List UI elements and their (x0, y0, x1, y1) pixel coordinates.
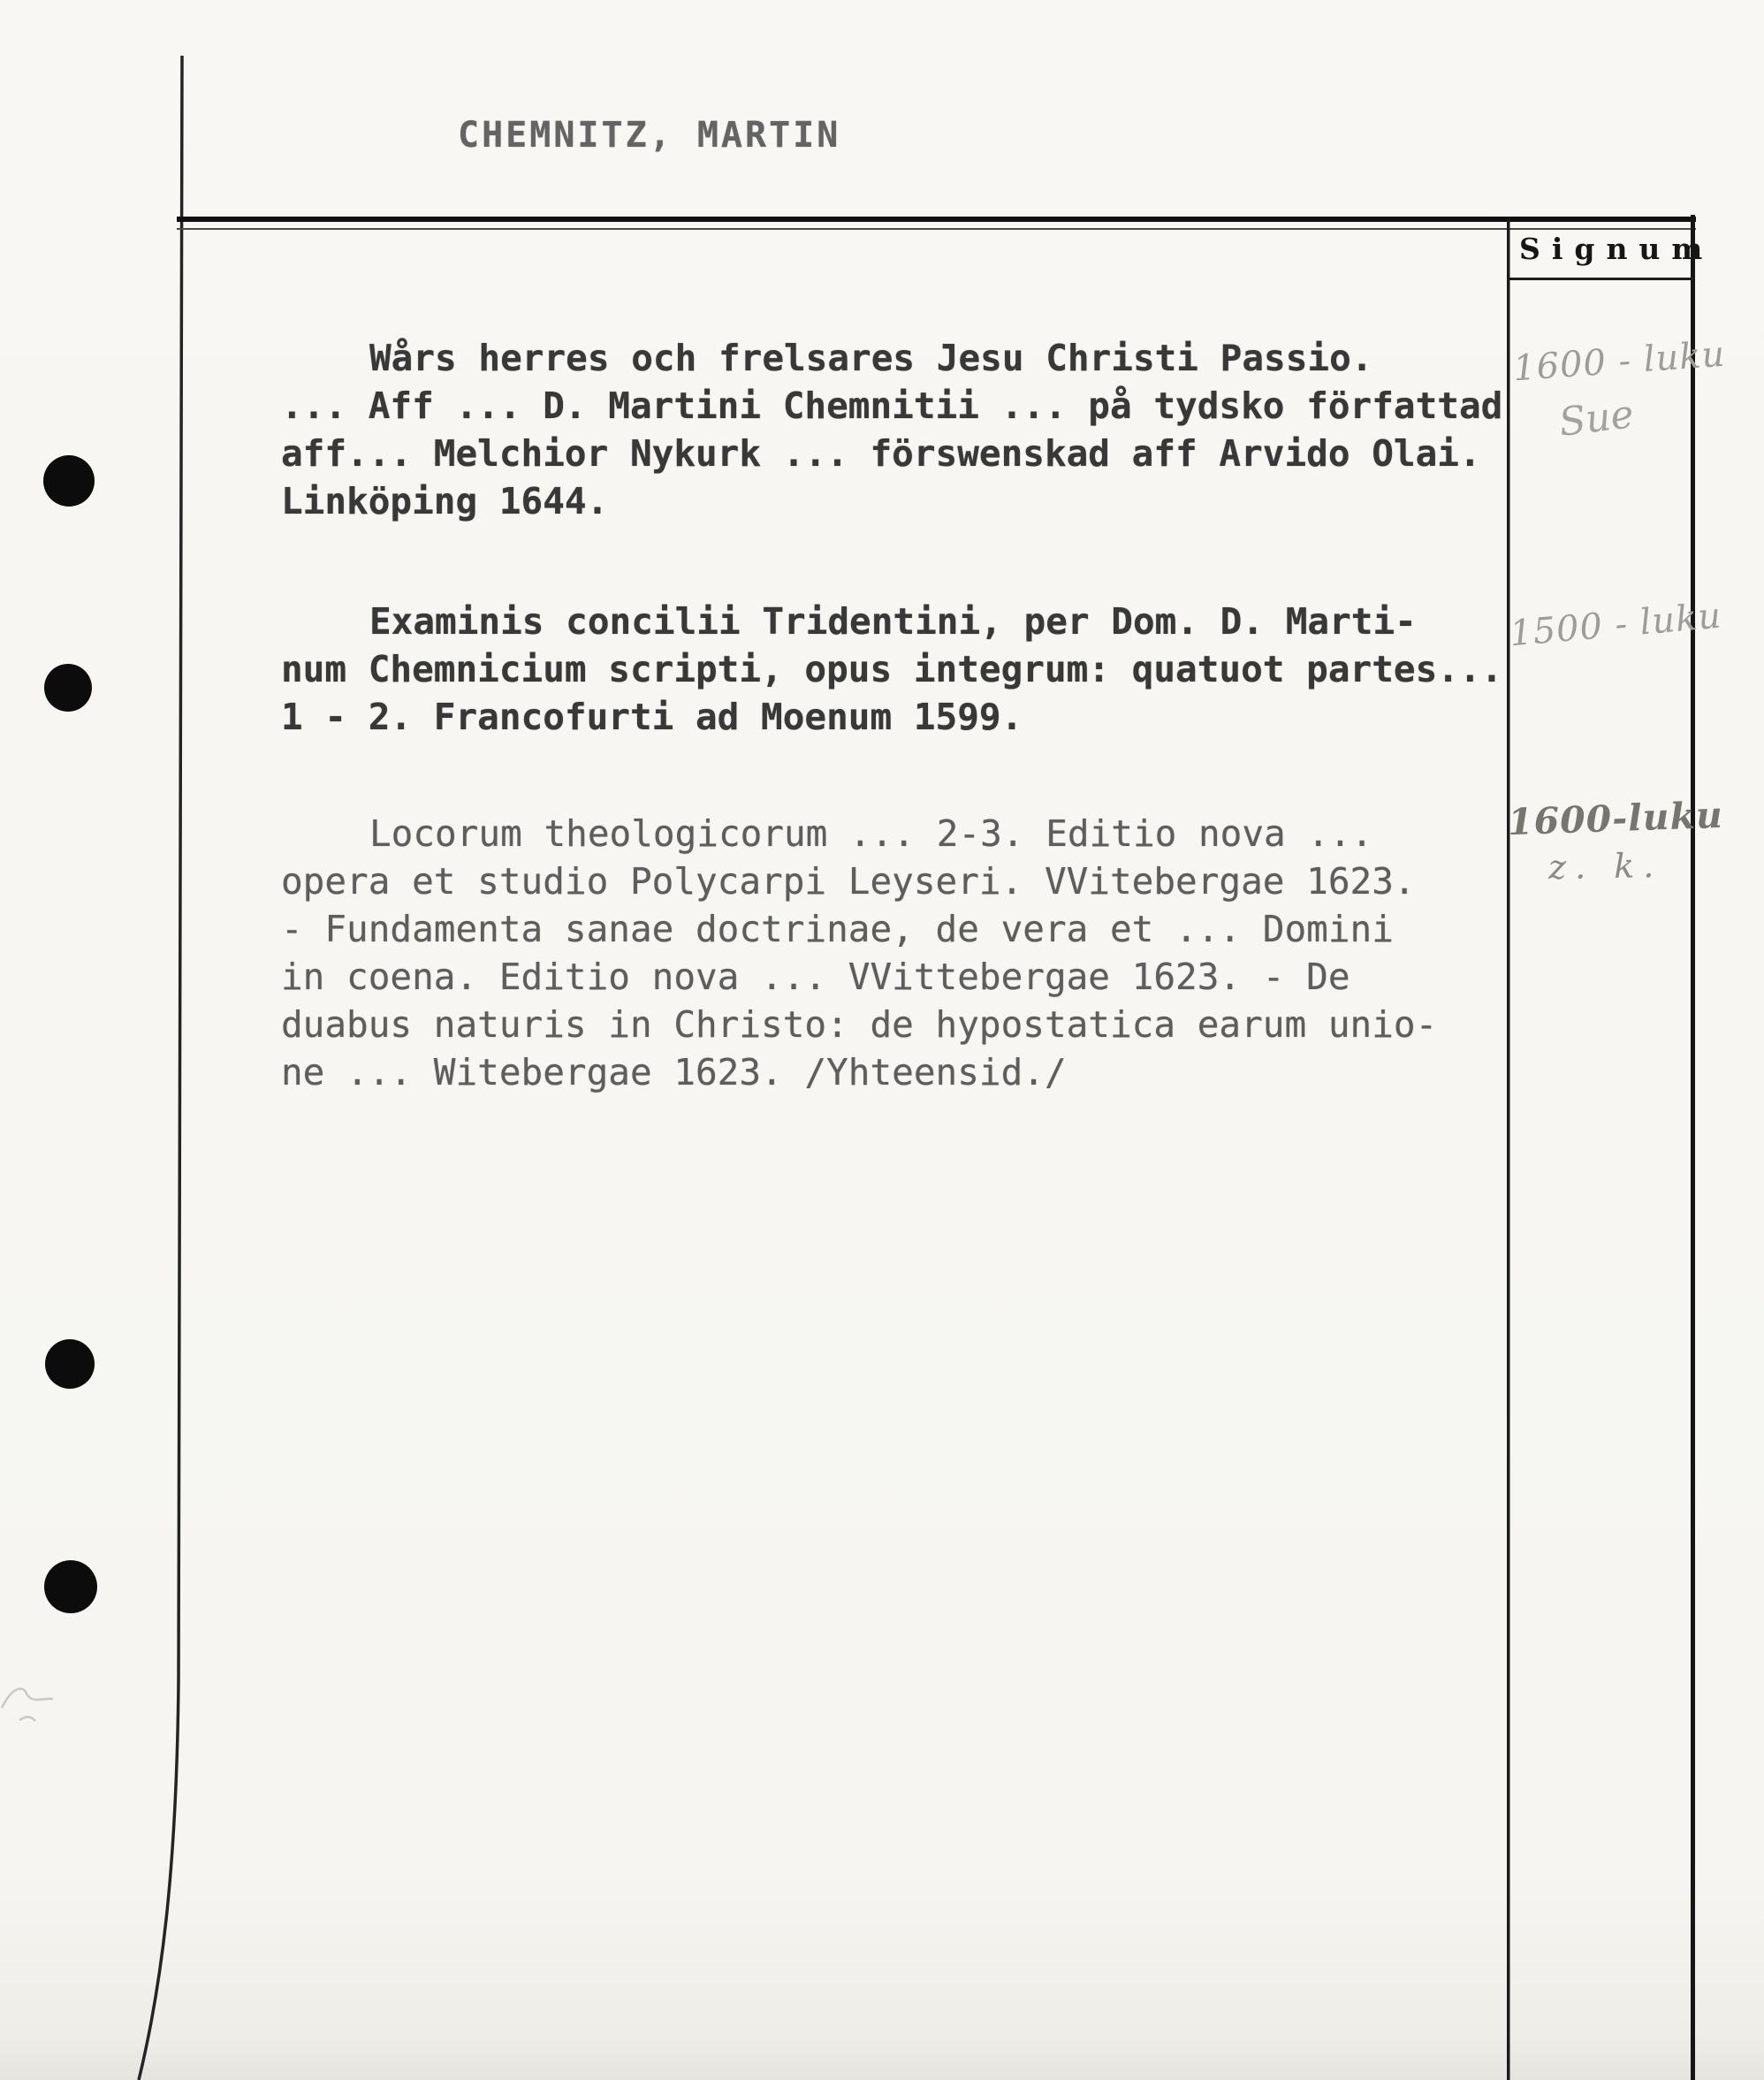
catalog-entry-line: aff... Melchior Nykurk ... förswenskad a… (281, 430, 1536, 477)
catalog-entry-line: ... Aff ... D. Martini Chemnitii ... på … (281, 382, 1536, 430)
catalog-card-page: CHEMNITZ, MARTIN Signum Wårs herres och … (0, 0, 1764, 2080)
catalog-entry-line: Linköping 1644. (281, 477, 1536, 525)
catalog-entry: Examinis concilii Tridentini, per Dom. D… (281, 598, 1536, 741)
punch-hole (43, 455, 95, 507)
catalog-entry-line: num Chemnicium scripti, opus integrum: q… (281, 645, 1536, 693)
catalog-entry: Wårs herres och frelsares Jesu Christi P… (281, 334, 1536, 525)
catalog-entry-line: ne ... Witebergae 1623. /Yhteensid./ (281, 1048, 1536, 1096)
catalog-entry-line: Wårs herres och frelsares Jesu Christi P… (281, 334, 1536, 382)
catalog-entry-line: - Fundamenta sanae doctrinae, de vera et… (281, 905, 1536, 953)
pencil-smudge (2, 1688, 53, 1721)
punch-hole (45, 1339, 95, 1389)
catalog-entry-line: duabus naturis in Christo: de hypostatic… (281, 1001, 1536, 1048)
handwritten-signum: 1600-luku (1507, 794, 1723, 843)
table-right-border (1691, 215, 1695, 2080)
table-top-rule-thick (177, 217, 1696, 222)
table-top-rule-thin (177, 228, 1696, 230)
catalog-entry-line: Locorum theologicorum ... 2-3. Editio no… (281, 810, 1536, 857)
punch-hole (44, 1560, 97, 1613)
handwritten-signum: Sue (1556, 392, 1636, 446)
page-title: CHEMNITZ, MARTIN (458, 115, 840, 156)
catalog-entry-line: in coena. Editio nova ... VVittebergae 1… (281, 953, 1536, 1001)
catalog-entry-line: 1 - 2. Francofurti ad Moenum 1599. (281, 693, 1536, 741)
catalog-entry: Locorum theologicorum ... 2-3. Editio no… (281, 810, 1536, 1096)
signum-header-underline (1508, 278, 1694, 280)
catalog-entry-line: opera et studio Polycarpi Leyseri. VVite… (281, 857, 1536, 905)
signum-column-header: Signum (1508, 232, 1693, 266)
left-margin-rule (139, 56, 182, 2080)
catalog-entry-line: Examinis concilii Tridentini, per Dom. D… (281, 598, 1536, 645)
punch-hole (44, 664, 92, 712)
handwritten-signum: z. k. (1548, 846, 1663, 887)
